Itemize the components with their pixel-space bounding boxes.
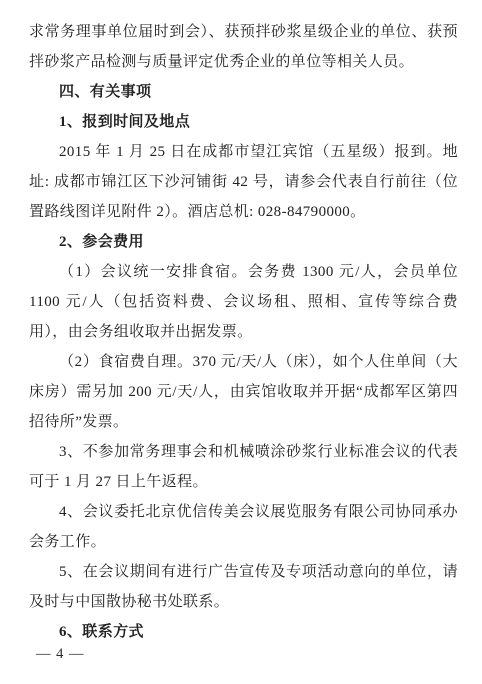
section-heading-related-matters: 四、有关事项 [29,77,458,107]
paragraph-attendees-continuation: 求常务理事单位届时到会）、获预拌砂浆星级企业的单位、获预拌砂浆产品检测与质量评定… [29,17,458,77]
document-page: 求常务理事单位届时到会）、获预拌砂浆星级企业的单位、获预拌砂浆产品检测与质量评定… [0,0,482,684]
subsection-heading-registration: 1、报到时间及地点 [29,107,458,137]
page-number: — 4 — [36,644,85,664]
subsection-heading-contact: 6、联系方式 [29,617,458,647]
paragraph-item-5-advertising: 5、在会议期间有进行广告宣传及专项活动意向的单位，请及时与中国散协秘书处联系。 [29,557,458,617]
paragraph-registration-details: 2015 年 1 月 25 日在成都市望江宾馆（五星级）报到。地址: 成都市锦江… [29,137,458,227]
paragraph-fee-item-1: （1）会议统一安排食宿。会务费 1300 元/人，会员单位 1100 元/人（包… [29,257,458,347]
paragraph-item-3-return: 3、不参加常务理事会和机械喷涂砂浆行业标准会议的代表可于 1 月 27 日上午返… [29,437,458,497]
paragraph-item-4-organizer: 4、会议委托北京优信传美会议展览服务有限公司协同承办会务工作。 [29,497,458,557]
subsection-heading-fees: 2、参会费用 [29,227,458,257]
paragraph-fee-item-2: （2）食宿费自理。370 元/天/人（床），如个人住单间（大床房）需另加 200… [29,347,458,437]
